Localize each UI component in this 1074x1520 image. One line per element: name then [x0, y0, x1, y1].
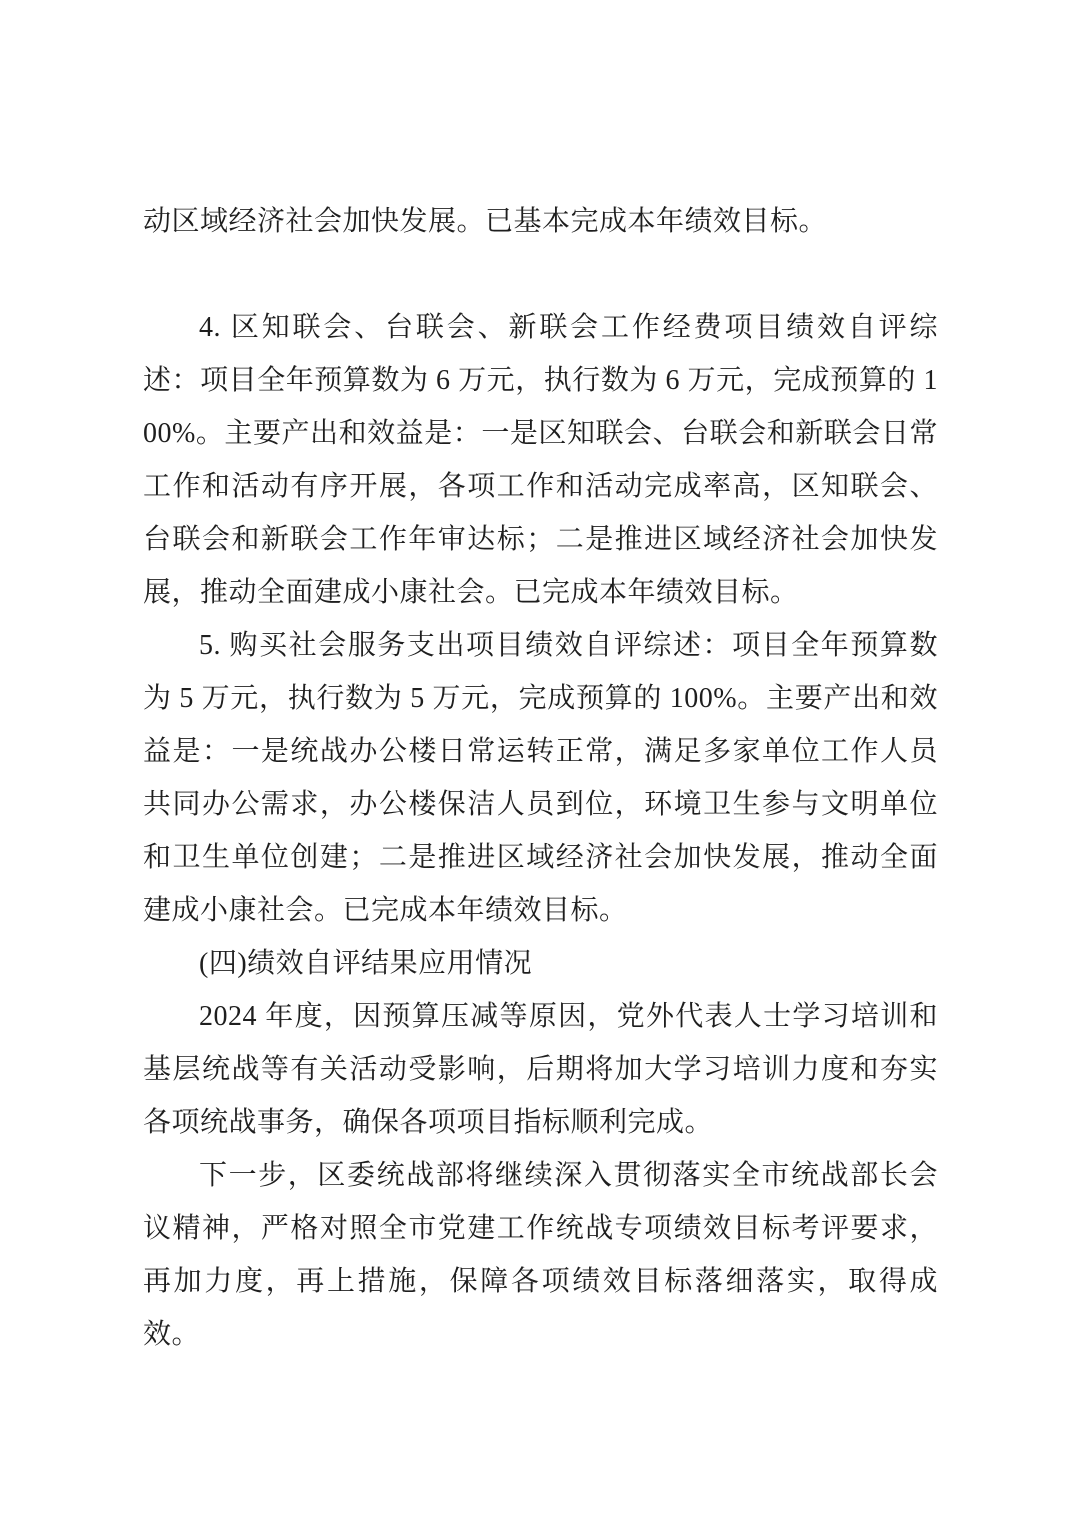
- paragraph-next-steps: 下一步，区委统战部将继续深入贯彻落实全市统战部长会议精神，严格对照全市党建工作统…: [143, 1149, 938, 1361]
- document-body: 动区域经济社会加快发展。已基本完成本年绩效目标。 4. 区知联会、台联会、新联会…: [143, 195, 938, 1361]
- blank-line: [143, 248, 938, 301]
- paragraph-result-application: 2024 年度，因预算压减等原因，党外代表人士学习培训和基层统战等有关活动受影响…: [143, 990, 938, 1149]
- section-heading-4: (四)绩效自评结果应用情况: [143, 937, 938, 990]
- paragraph-item-5: 5. 购买社会服务支出项目绩效自评综述：项目全年预算数为 5 万元，执行数为 5…: [143, 619, 938, 937]
- document-page: 动区域经济社会加快发展。已基本完成本年绩效目标。 4. 区知联会、台联会、新联会…: [0, 0, 1074, 1520]
- paragraph-item-4: 4. 区知联会、台联会、新联会工作经费项目绩效自评综述：项目全年预算数为 6 万…: [143, 301, 938, 619]
- paragraph-continuation: 动区域经济社会加快发展。已基本完成本年绩效目标。: [143, 195, 938, 248]
